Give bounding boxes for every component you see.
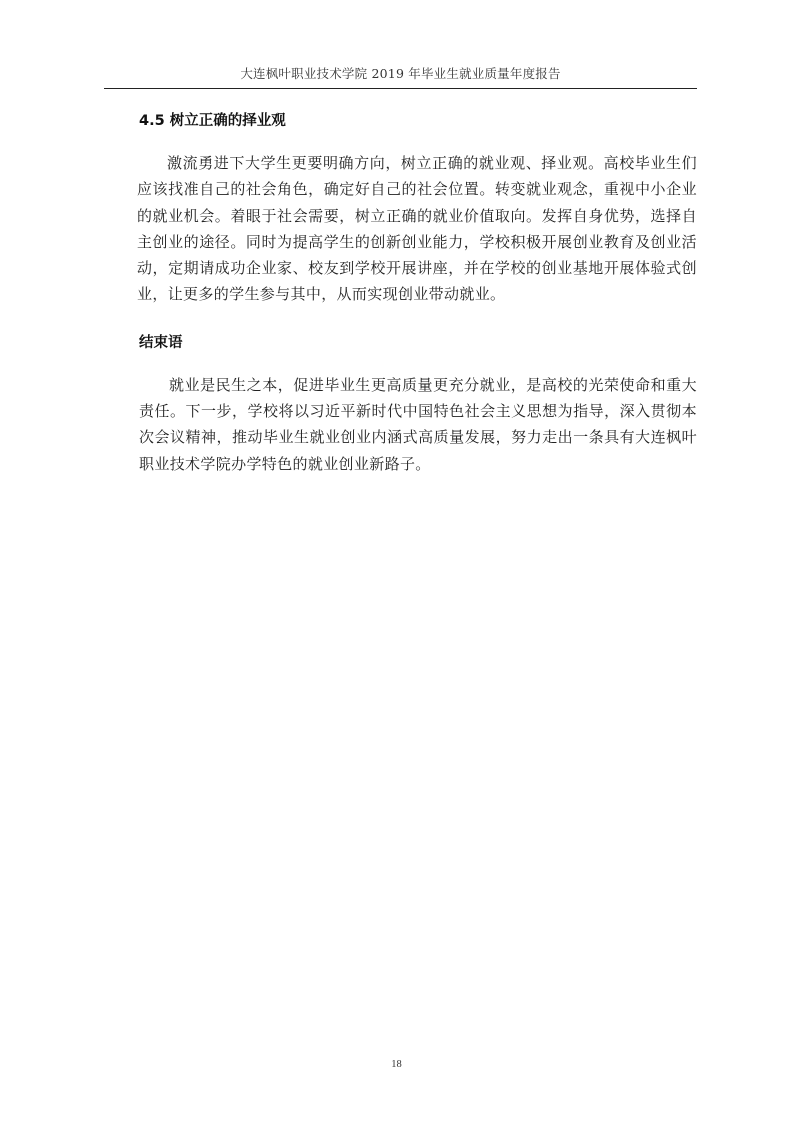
page-header: 大连枫叶职业技术学院 2019 年毕业生就业质量年度报告 [104, 64, 697, 89]
section-paragraph-career-view: 激流勇进下大学生更要明确方向，树立正确的就业观、择业观。高校毕业生们应该找准自己… [137, 150, 697, 308]
report-title: 大连枫叶职业技术学院 2019 年毕业生就业质量年度报告 [240, 66, 560, 81]
section-paragraph-conclusion: 就业是民生之本，促进毕业生更高质量更充分就业，是高校的光荣使命和重大责任。下一步… [139, 372, 697, 477]
section-heading-conclusion: 结束语 [139, 332, 697, 354]
page-content: 4.5 树立正确的择业观 激流勇进下大学生更要明确方向，树立正确的就业观、择业观… [139, 110, 697, 477]
page-number: 18 [0, 1059, 793, 1070]
section-heading-career-view: 4.5 树立正确的择业观 [139, 110, 697, 132]
